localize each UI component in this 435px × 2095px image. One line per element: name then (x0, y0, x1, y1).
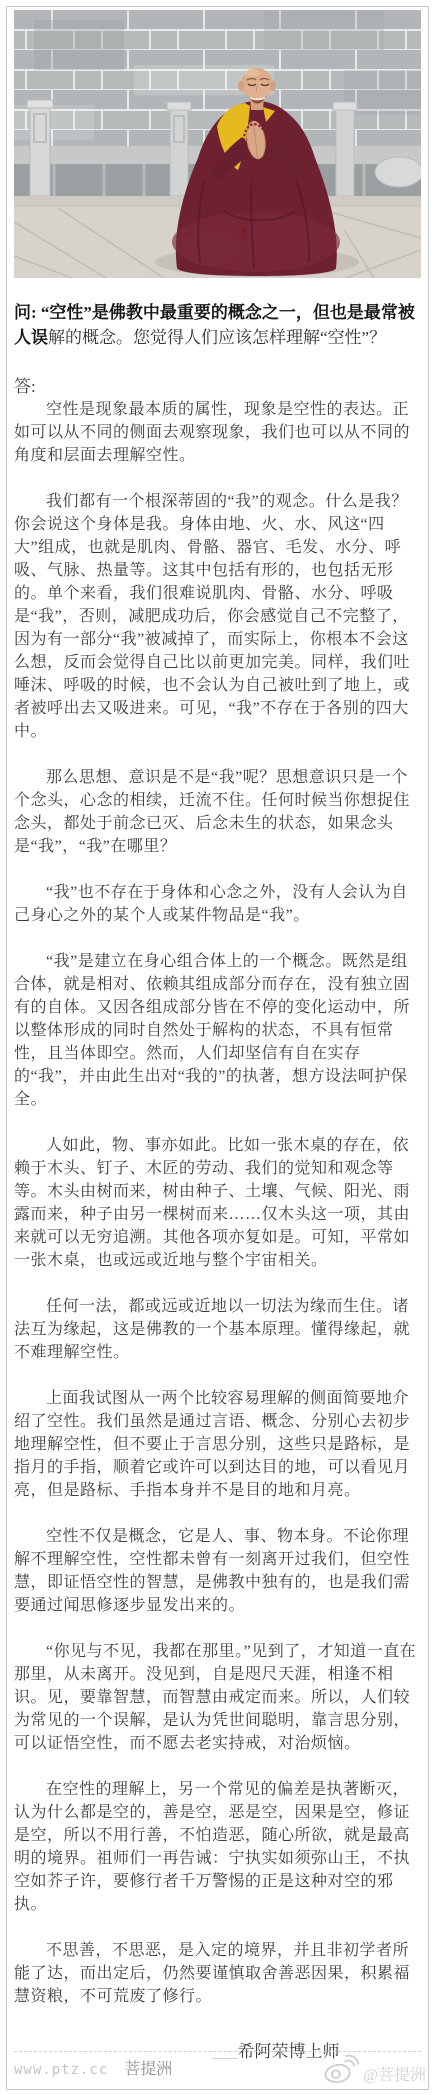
question-regular-text: 解的概念。您觉得人们应该怎样理解“空性”？ (48, 328, 386, 347)
paragraph: 任何一法，都或远或近地以一切法为缘而生住。诸法互为缘起，这是佛教的一个基本原理。… (14, 1295, 421, 1364)
monk-photo (14, 10, 421, 278)
footer: www.ptz.cc 菩提洲 @菩提洲 (14, 2055, 426, 2085)
paragraph: 空性是现象最本质的属性，现象是空性的表达。正如可以从不同的侧面去观察现象，我们也… (14, 398, 421, 467)
paragraph: 我们都有一个根深蒂固的“我”的观念。什么是我？你会说这个身体是我。身体由地、火、… (14, 490, 421, 743)
paragraph: 人如此，物、事亦如此。比如一张木桌的存在，依赖于木头、钉子、木匠的劳动、我们的觉… (14, 1134, 421, 1272)
question-label: 问: (14, 303, 41, 322)
paragraph: 不思善，不思恶，是入定的境界，并且非初学者所能了达，而出定后，仍然要谨慎取舍善恶… (14, 1939, 421, 2008)
question: 问: “空性”是佛教中最重要的概念之一，但也是最常被人误解的概念。您觉得人们应该… (14, 300, 421, 350)
weibo-logo-icon (322, 2053, 360, 2085)
footer-site-info: www.ptz.cc 菩提洲 (14, 2056, 172, 2085)
paragraph: “你见与不见，我都在那里。”见到了，才知道一直在那里，从未离开。没见到，自是咫尺… (14, 1640, 421, 1755)
article-body: 空性是现象最本质的属性，现象是空性的表达。正如可以从不同的侧面去观察现象，我们也… (14, 398, 421, 2008)
article-card: 问: “空性”是佛教中最重要的概念之一，但也是最常被人误解的概念。您觉得人们应该… (6, 6, 429, 2090)
footer-weibo-watermark: @菩提洲 (322, 2053, 426, 2085)
paragraph: 空性不仅是概念，它是人、事、物本身。不论你理解不理解空性，空性都未曾有一刻离开过… (14, 1525, 421, 1617)
paragraph: “我”是建立在身心组合体上的一个概念。既然是组合体，就是相对、依赖其组成部分而存… (14, 950, 421, 1111)
weibo-handle: @菩提洲 (363, 2062, 426, 2085)
paragraph: 在空性的理解上，另一个常见的偏差是执著断灭，认为什么都是空的，善是空，恶是空，因… (14, 1778, 421, 1916)
paragraph: “我”也不存在于身体和心念之外，没有人会认为自己身心之外的某个人或某件物品是“我… (14, 881, 421, 927)
answer-label: 答: (14, 375, 421, 398)
site-name: 菩提洲 (124, 2056, 172, 2079)
site-url: www.ptz.cc (14, 2062, 108, 2078)
footer-divider (14, 2051, 421, 2052)
article: 问: “空性”是佛教中最重要的概念之一，但也是最常被人误解的概念。您觉得人们应该… (14, 300, 421, 2063)
paragraph: 上面我试图从一两个比较容易理解的侧面简要地介绍了空性。我们虽然是通过言语、概念、… (14, 1387, 421, 1502)
paragraph: 那么思想、意识是不是“我”呢？思想意识只是一个个念头，心念的相续，迁流不住。任何… (14, 766, 421, 858)
